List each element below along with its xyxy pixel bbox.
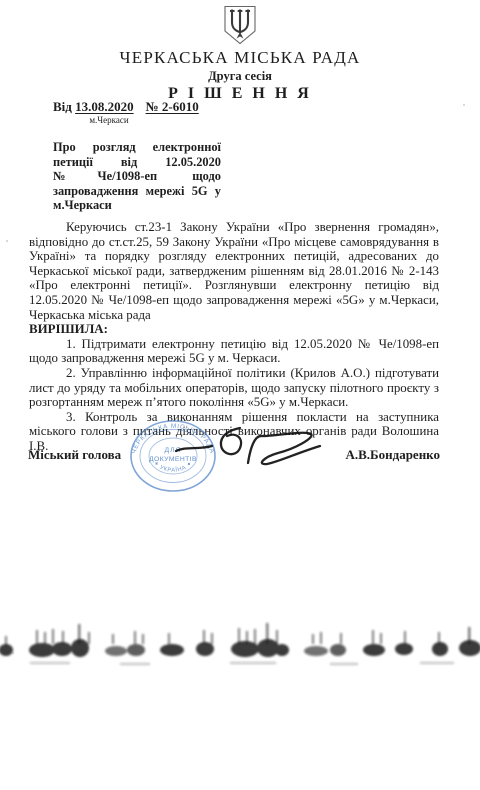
subject-block: Про розгляд електронної петиції від 12.0… bbox=[53, 140, 221, 213]
handwritten-signature bbox=[170, 423, 330, 473]
date-label: Від bbox=[53, 99, 72, 114]
document-body: Керуючись ст.23-1 Закону України «Про зв… bbox=[29, 220, 439, 454]
resolved-label: ВИРІШИЛА: bbox=[29, 322, 439, 337]
date-value: 13.08.2020 bbox=[75, 99, 134, 114]
decision-item-2: 2. Управлінню інформаційної політики (Кр… bbox=[29, 366, 439, 410]
scan-speck bbox=[463, 104, 465, 106]
scan-speck bbox=[6, 240, 8, 242]
preamble-paragraph: Керуючись ст.23-1 Закону України «Про зв… bbox=[29, 220, 439, 322]
signer-name: А.В.Бондаренко bbox=[345, 447, 440, 463]
signer-position: Міський голова bbox=[28, 447, 121, 463]
ukraine-trident-icon bbox=[222, 5, 258, 45]
scan-artifact-strip bbox=[0, 610, 480, 672]
scanned-document-page: ЧЕРКАСЬКА МІСЬКА РАДА Друга сесія Р І Ш … bbox=[0, 0, 480, 790]
doc-number: № 2-6010 bbox=[146, 99, 199, 114]
city-label: м.Черкаси bbox=[72, 115, 146, 125]
session-title: Друга сесія bbox=[0, 69, 480, 84]
org-name: ЧЕРКАСЬКА МІСЬКА РАДА bbox=[0, 48, 480, 68]
scan-speck bbox=[12, 652, 14, 654]
decision-item-1: 1. Підтримати електронну петицію від 12.… bbox=[29, 337, 439, 366]
doc-meta-line: Від 13.08.2020№ 2-6010 bbox=[53, 99, 199, 115]
document-header: ЧЕРКАСЬКА МІСЬКА РАДА Друга сесія Р І Ш … bbox=[0, 5, 480, 103]
